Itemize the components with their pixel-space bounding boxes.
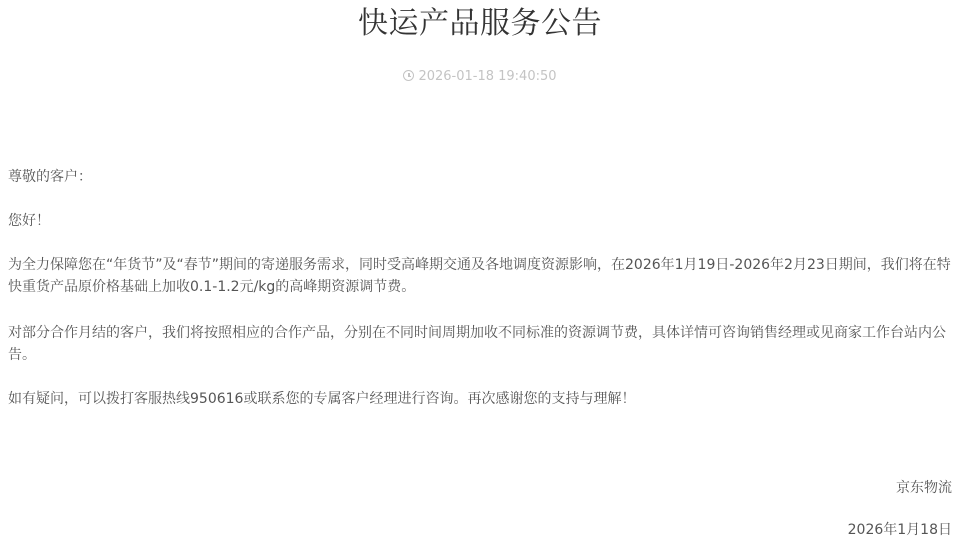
clock-icon [403,70,414,81]
paragraph-monthly-clients: 对部分合作月结的客户，我们将按照相应的合作产品，分别在不同时间周期加收不同标准的… [8,322,952,366]
hello-line: 您好！ [8,210,50,232]
signature-organization: 京东物流 [896,477,952,499]
greeting: 尊敬的客户： [8,166,92,188]
publish-time-text: 2026-01-18 19:40:50 [418,69,556,84]
paragraph-peak-surcharge: 为全力保障您在“年货节”及“春节”期间的寄递服务需求，同时受高峰期交通及各地调度… [8,254,952,298]
paragraph-contact: 如有疑问，可以拨打客服热线950616或联系您的专属客户经理进行咨询。再次感谢您… [8,388,952,410]
signature-date: 2026年1月18日 [848,519,952,537]
publish-time: 2026-01-18 19:40:50 [0,68,960,86]
announcement-title: 快运产品服务公告 [0,4,960,44]
